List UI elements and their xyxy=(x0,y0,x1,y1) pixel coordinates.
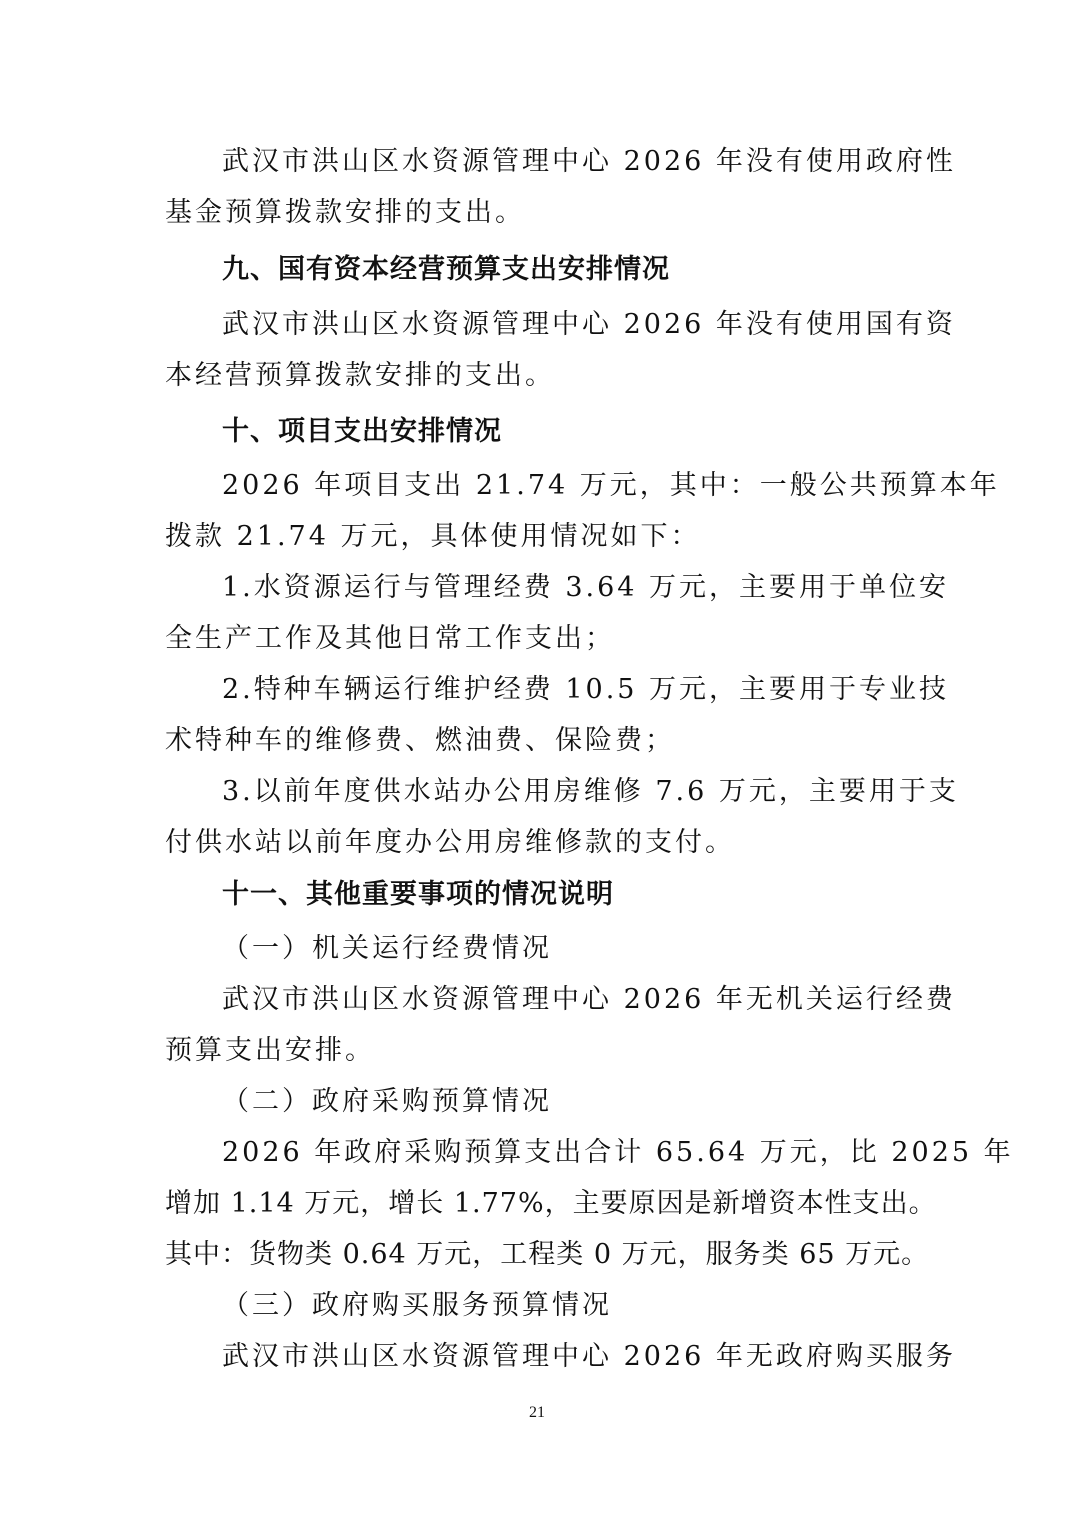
list-item-1: 1.水资源运行与管理经费 3.64 万元，主要用于单位安 xyxy=(222,568,910,608)
paragraph-line: 增加 1.14 万元，增长 1.77%，主要原因是新增资本性支出。 xyxy=(165,1184,915,1224)
paragraph-line: 武汉市洪山区水资源管理中心 2026 年没有使用国有资 xyxy=(222,305,910,345)
paragraph-line: 武汉市洪山区水资源管理中心 2026 年没有使用政府性 xyxy=(222,142,910,182)
paragraph-line: 其中：货物类 0.64 万元，工程类 0 万元，服务类 65 万元。 xyxy=(165,1235,915,1275)
paragraph-line: 术特种车的维修费、燃油费、保险费； xyxy=(165,721,675,761)
subsection-heading-3: （三）政府购买服务预算情况 xyxy=(222,1286,612,1326)
list-item-2: 2.特种车辆运行维护经费 10.5 万元，主要用于专业技 xyxy=(222,670,910,710)
paragraph-line: 全生产工作及其他日常工作支出； xyxy=(165,619,615,659)
document-page: 武汉市洪山区水资源管理中心 2026 年没有使用政府性 基金预算拨款安排的支出。… xyxy=(0,0,1074,1520)
paragraph-line: 武汉市洪山区水资源管理中心 2026 年无政府购买服务 xyxy=(222,1337,910,1377)
page-number: 21 xyxy=(0,1404,1074,1422)
paragraph-line: 武汉市洪山区水资源管理中心 2026 年无机关运行经费 xyxy=(222,980,910,1020)
paragraph-line: 2026 年项目支出 21.74 万元，其中：一般公共预算本年 xyxy=(222,466,910,506)
paragraph-line: 基金预算拨款安排的支出。 xyxy=(165,193,525,233)
section-heading-11: 十一、其他重要事项的情况说明 xyxy=(222,875,614,915)
section-heading-9: 九、国有资本经营预算支出安排情况 xyxy=(222,250,670,290)
paragraph-line: 本经营预算拨款安排的支出。 xyxy=(165,356,555,396)
paragraph-line: 拨款 21.74 万元，具体使用情况如下： xyxy=(165,517,700,557)
list-item-3: 3.以前年度供水站办公用房维修 7.6 万元，主要用于支 xyxy=(222,772,910,812)
section-heading-10: 十、项目支出安排情况 xyxy=(222,412,502,452)
subsection-heading-1: （一）机关运行经费情况 xyxy=(222,929,552,969)
paragraph-line: 2026 年政府采购预算支出合计 65.64 万元，比 2025 年 xyxy=(222,1133,910,1173)
subsection-heading-2: （二）政府采购预算情况 xyxy=(222,1082,552,1122)
paragraph-line: 付供水站以前年度办公用房维修款的支付。 xyxy=(165,823,735,863)
paragraph-line: 预算支出安排。 xyxy=(165,1031,375,1071)
